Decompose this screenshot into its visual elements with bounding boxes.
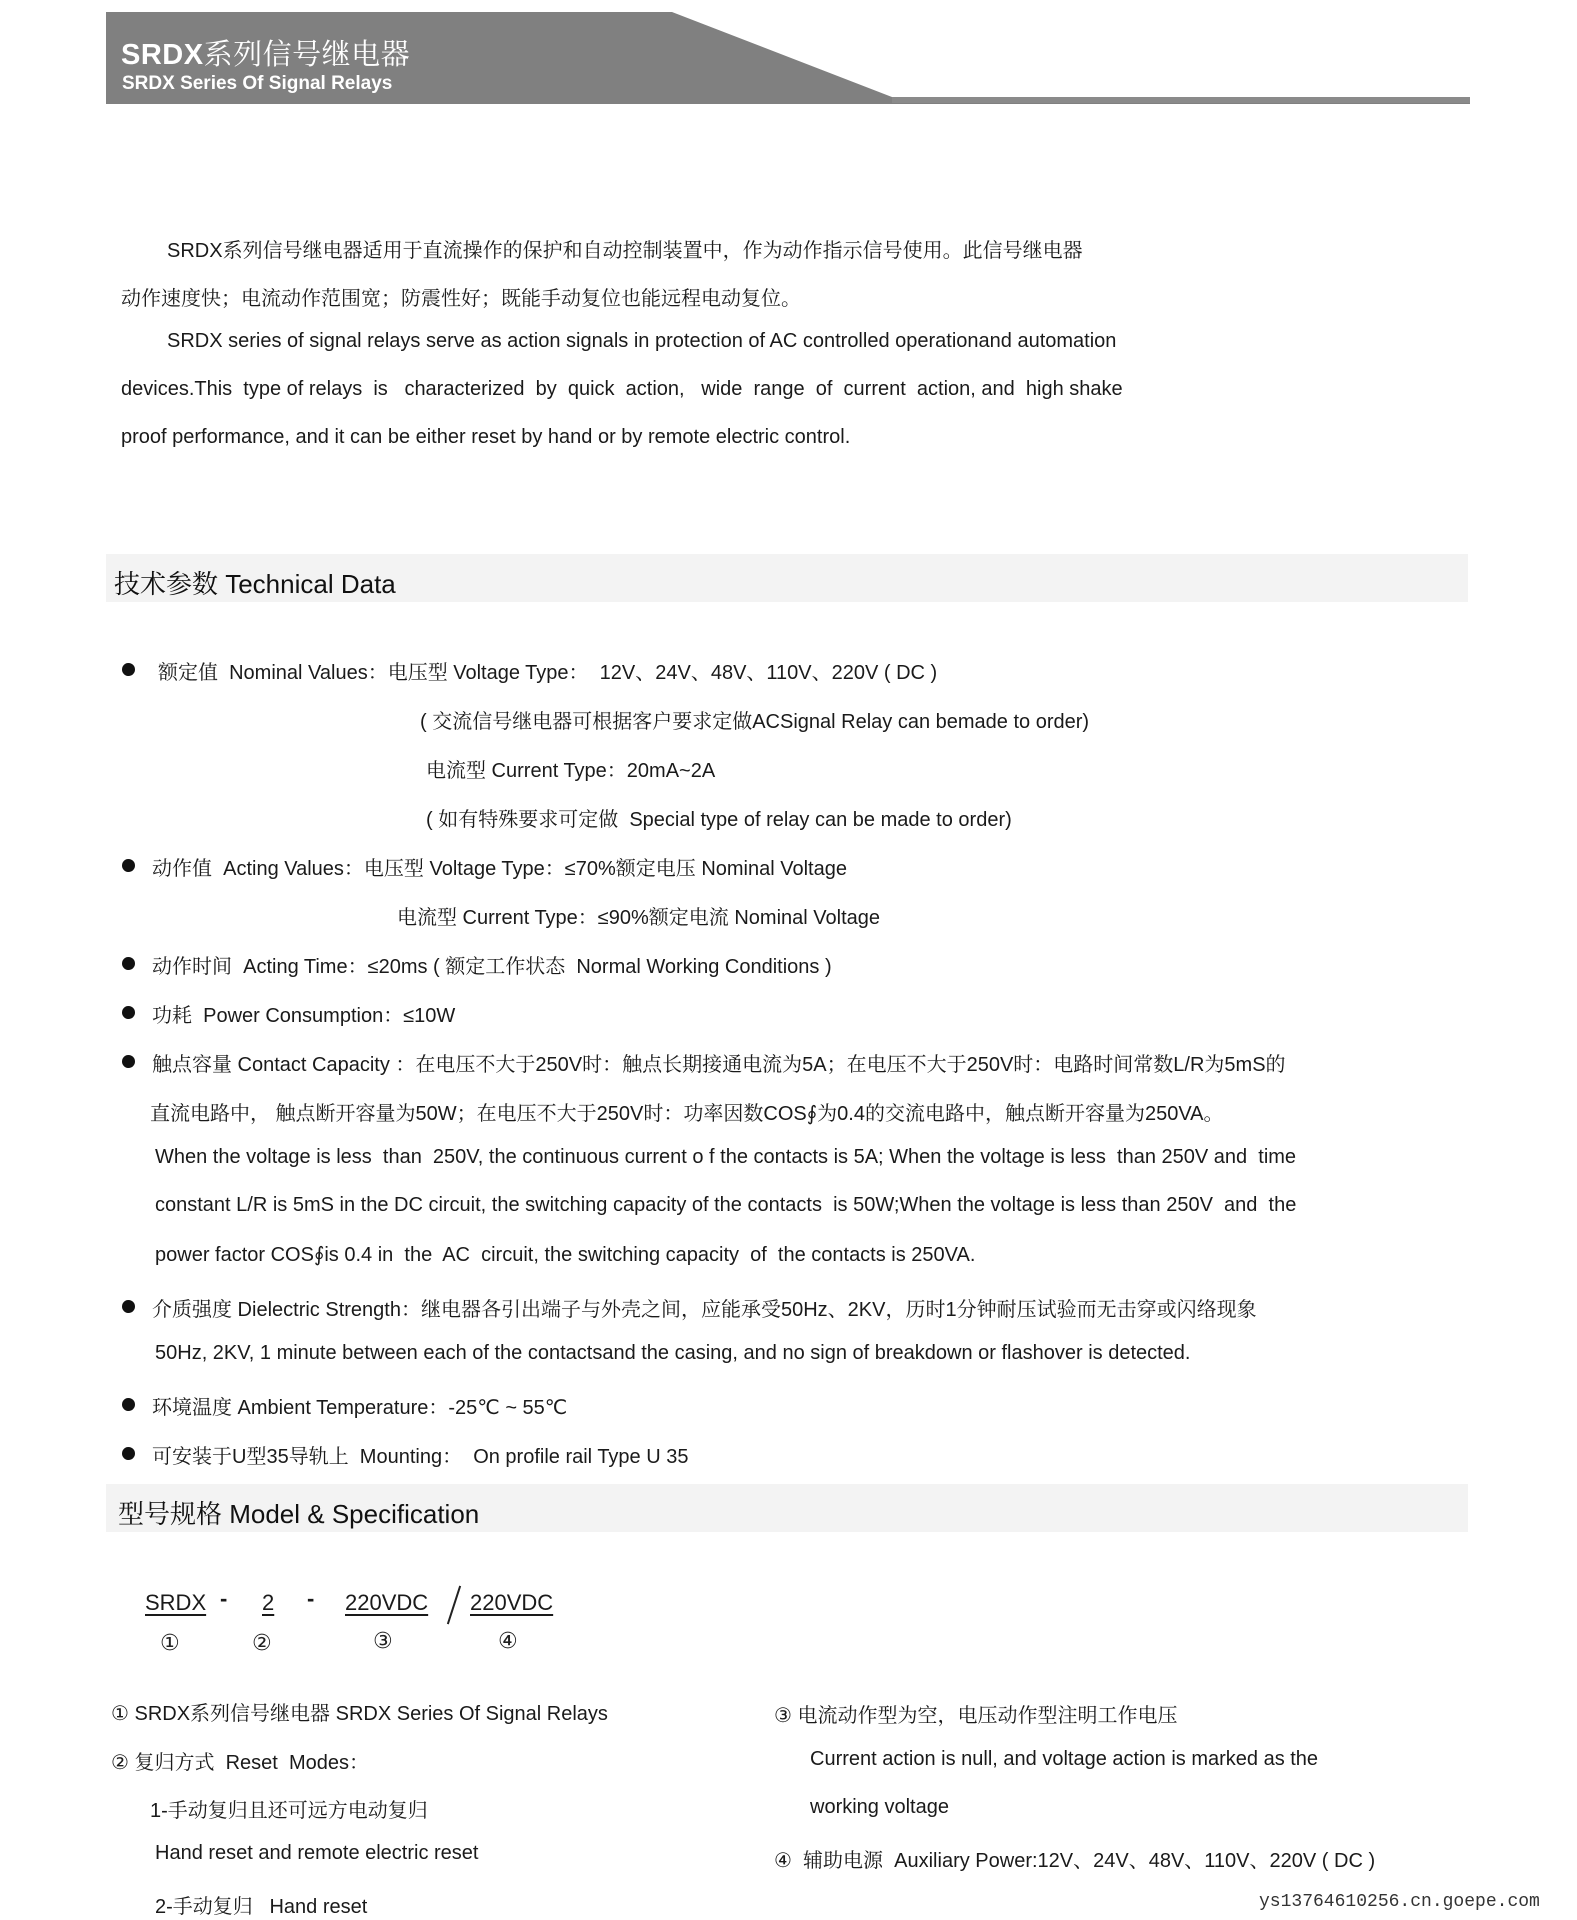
nominal-values-line-4: ( 如有特殊要求可定做 Special type of relay can be… [426, 803, 1012, 832]
page-subtitle: SRDX Series Of Signal Relays [122, 73, 392, 95]
contact-capacity-line-3: When the voltage is less than 250V, the … [155, 1146, 1296, 1169]
slash-divider [447, 1586, 461, 1625]
acting-values-line-2: 电流型 Current Type：≤90%额定电流 Nominal Voltag… [397, 901, 880, 930]
dielectric-strength-line-1: 介质强度 Dielectric Strength：继电器各引出端子与外壳之间，应… [152, 1293, 1257, 1322]
bullet-icon [122, 859, 135, 872]
mounting: 可安装于U型35导轨上 Mounting： On profile rail Ty… [152, 1440, 688, 1469]
note-2: ② 复归方式 Reset Modes： [111, 1746, 369, 1775]
model-code-reset-mode: 2 [262, 1590, 274, 1616]
intro-en-line-3: proof performance, and it can be either … [121, 426, 850, 449]
nominal-values-line-1: 额定值 Nominal Values：电压型 Voltage Type： 12V… [158, 656, 937, 685]
power-consumption: 功耗 Power Consumption：≤10W [152, 999, 455, 1028]
nominal-values-line-2: ( 交流信号继电器可根据客户要求定做ACSignal Relay can bem… [420, 705, 1089, 734]
marker-4: ④ [498, 1628, 518, 1654]
model-code-working-voltage: 220VDC [345, 1590, 428, 1616]
model-code-series: SRDX [145, 1590, 206, 1616]
acting-values-line-1: 动作值 Acting Values：电压型 Voltage Type：≤70%额… [152, 852, 847, 881]
ambient-temperature: 环境温度 Ambient Temperature：-25℃ ~ 55℃ [152, 1391, 567, 1420]
bullet-icon [122, 1398, 135, 1411]
contact-capacity-line-5: power factor COS∮is 0.4 in the AC circui… [155, 1242, 975, 1267]
bullet-icon [122, 1006, 135, 1019]
dielectric-strength-line-2: 50Hz, 2KV, 1 minute between each of the … [155, 1342, 1190, 1365]
intro-cn-line-2: 动作速度快；电流动作范围宽；防震性好；既能手动复位也能远程电动复位。 [121, 282, 801, 311]
section-title: 型号规格 Model & Specification [118, 1494, 479, 1531]
marker-3: ③ [373, 1628, 393, 1654]
note-1: ① SRDX系列信号继电器 SRDX Series Of Signal Rela… [111, 1697, 608, 1726]
reset-mode-1-cn: 1-手动复归且还可远方电动复归 [150, 1794, 428, 1823]
reset-mode-1-en: Hand reset and remote electric reset [155, 1842, 479, 1865]
model-code-separator: - [307, 1586, 314, 1612]
contact-capacity-line-4: constant L/R is 5mS in the DC circuit, t… [155, 1194, 1296, 1217]
note-3-en-line-2: working voltage [810, 1796, 949, 1819]
header-banner: SRDX系列信号继电器 SRDX Series Of Signal Relays [106, 12, 1478, 104]
bullet-icon [122, 1447, 135, 1460]
model-spec-header: 型号规格 Model & Specification [106, 1484, 1468, 1532]
note-3-cn: ③ 电流动作型为空，电压动作型注明工作电压 [774, 1699, 1178, 1728]
intro-en-line-1: SRDX series of signal relays serve as ac… [167, 330, 1116, 353]
intro-en-line-2: devices.This type of relays is character… [121, 378, 1123, 401]
marker-2: ② [252, 1630, 272, 1656]
section-title: 技术参数 Technical Data [114, 564, 396, 601]
title-prefix: SRDX [121, 39, 204, 71]
bullet-icon [122, 1055, 135, 1068]
watermark-url: ys13764610256.cn.goepe.com [1259, 1892, 1540, 1912]
acting-time: 动作时间 Acting Time：≤20ms ( 额定工作状态 Normal W… [152, 950, 832, 979]
title-cn: 系列信号继电器 [204, 39, 411, 71]
bullet-icon [122, 957, 135, 970]
bullet-icon [122, 1300, 135, 1313]
note-3-en-line-1: Current action is null, and voltage acti… [810, 1748, 1318, 1771]
note-4: ④ 辅助电源 Auxiliary Power:12V、24V、48V、110V、… [774, 1844, 1375, 1873]
nominal-values-line-3: 电流型 Current Type：20mA~2A [426, 754, 715, 783]
model-code-separator: - [220, 1586, 227, 1612]
marker-1: ① [160, 1630, 180, 1656]
technical-data-header: 技术参数 Technical Data [106, 554, 1468, 602]
reset-mode-2: 2-手动复归 Hand reset [155, 1890, 367, 1919]
intro-cn-line-1: SRDX系列信号继电器适用于直流操作的保护和自动控制装置中，作为动作指示信号使用… [167, 234, 1083, 263]
contact-capacity-line-1: 触点容量 Contact Capacity ：在电压不大于250V时：触点长期接… [152, 1048, 1286, 1077]
contact-capacity-line-2: 直流电路中， 触点断开容量为50W；在电压不大于250V时：功率因数COS∮为0… [150, 1097, 1224, 1126]
page-title: SRDX系列信号继电器 [121, 32, 410, 73]
model-code-aux-power: 220VDC [470, 1590, 553, 1616]
bullet-icon [122, 663, 135, 676]
